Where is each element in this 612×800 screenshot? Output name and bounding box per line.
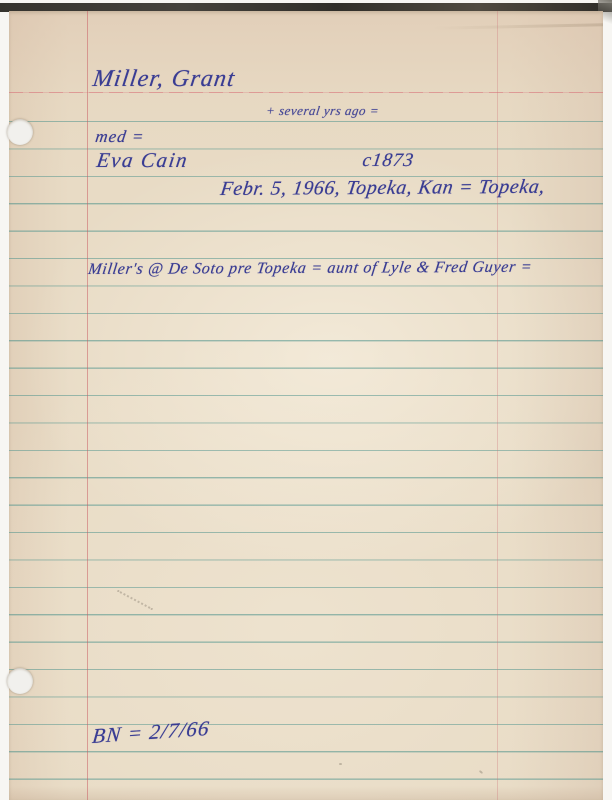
left-margin-line bbox=[87, 11, 88, 800]
spouse-name: Eva Cain bbox=[95, 148, 190, 173]
scanned-page: Miller, Grant + several yrs ago = med = … bbox=[0, 0, 612, 800]
paper-sheet: Miller, Grant + several yrs ago = med = … bbox=[9, 11, 603, 800]
ruled-lines bbox=[9, 121, 603, 794]
death-date-line: Febr. 5, 1966, Topeka, Kan = Topeka, bbox=[219, 176, 547, 201]
death-note: + several yrs ago = bbox=[265, 103, 380, 119]
hole-punch-top bbox=[7, 119, 33, 145]
paper-crease bbox=[433, 23, 603, 30]
name-line: Miller, Grant bbox=[91, 66, 237, 93]
married-label: med = bbox=[94, 127, 146, 147]
birth-year: c1873 bbox=[361, 150, 416, 172]
family-note: Miller's @ De Soto pre Topeka = aunt of … bbox=[87, 259, 533, 279]
hole-punch-bottom bbox=[7, 668, 33, 694]
paper-speck bbox=[339, 763, 342, 765]
right-margin-line bbox=[497, 11, 498, 800]
